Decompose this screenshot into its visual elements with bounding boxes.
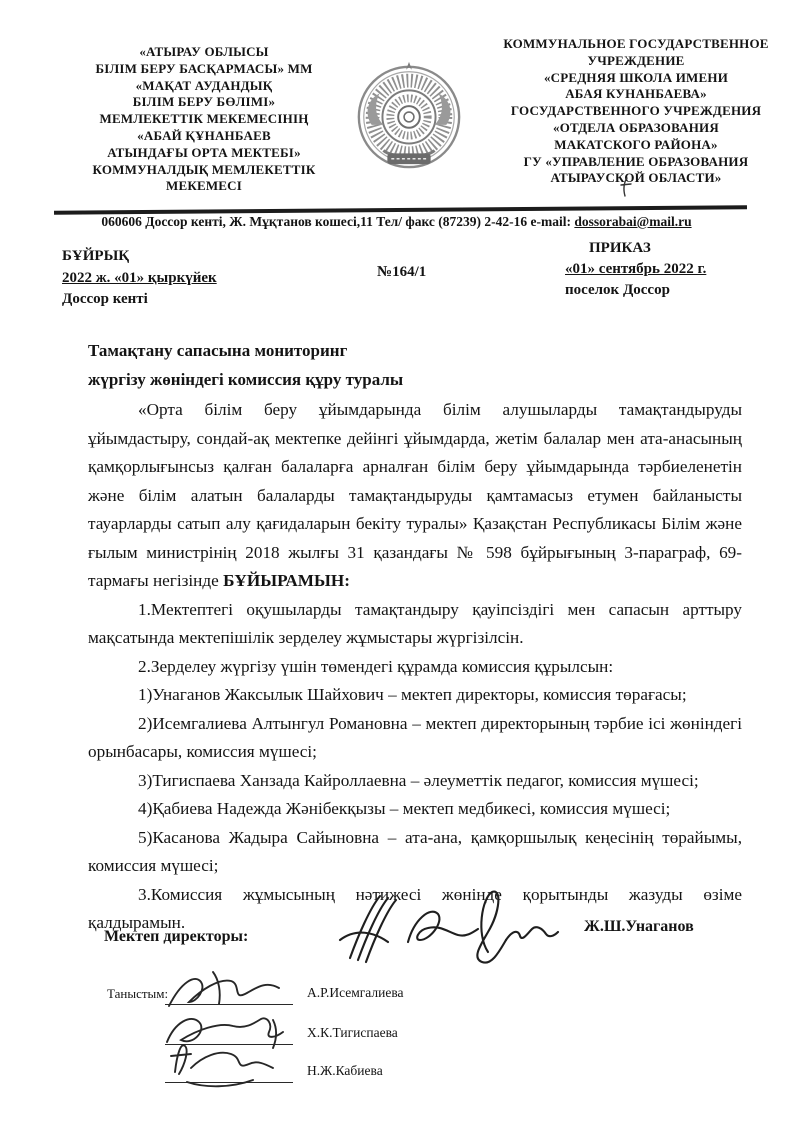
letterhead-line: «АТЫРАУ ОБЛЫСЫ [58, 44, 350, 61]
letterhead-line: «АБАЙ ҚҰНАНБАЕВ [58, 128, 350, 145]
order-date-kk: 2022 ж. «01» қыркүйек [62, 268, 217, 290]
letterhead-line: БІЛІМ БЕРУ БАСҚАРМАСЫ» ММ [58, 61, 350, 78]
order-item: 1)Унаганов Жаксылык Шайхович – мектеп ди… [88, 681, 742, 710]
order-meta-kazakh: БҰЙРЫҚ 2022 ж. «01» қыркүйек Доссор кент… [62, 246, 217, 311]
address-text: 060606 Доссор кенті, Ж. Мұқтанов кошесі,… [101, 214, 574, 229]
letterhead-line: МАКАТСКОГО РАЙОНА» [468, 137, 793, 154]
director-name: Ж.Ш.Унаганов [584, 918, 694, 936]
director-signature [330, 878, 560, 970]
pen-mark-icon [619, 176, 633, 198]
order-date-ru: «01» сентябрь 2022 г. [565, 259, 757, 280]
member-signature [161, 1038, 291, 1090]
document-title-line: жүргізу жөніндегі комиссия құру туралы [88, 365, 403, 394]
order-item: 5)Касанова Жадыра Сайыновна – ата-ана, қ… [88, 824, 742, 881]
emblem-container [350, 34, 468, 195]
member-name: Х.К.Тигиспаева [307, 1025, 398, 1045]
member-name: А.Р.Исемгалиева [307, 985, 404, 1005]
intro-decree-word: БҰЙЫРАМЫН: [223, 571, 350, 590]
document-title-line: Тамақтану сапасына мониторинг [88, 336, 403, 365]
order-number: №164/1 [377, 264, 426, 281]
letterhead-line: УЧРЕЖДЕНИЕ [468, 53, 793, 70]
order-title-ru: ПРИКАЗ [565, 238, 757, 259]
acknowledgement-label: Таныстым: [107, 986, 168, 1002]
address-line: 060606 Доссор кенті, Ж. Мұқтанов кошесі,… [0, 214, 793, 230]
intro-text: «Орта білім беру ұйымдарында білім алушы… [88, 400, 742, 590]
order-document-page: «АТЫРАУ ОБЛЫСЫ БІЛІМ БЕРУ БАСҚАРМАСЫ» ММ… [0, 0, 793, 1122]
letterhead-line: ГУ «УПРАВЛЕНИЕ ОБРАЗОВАНИЯ [468, 154, 793, 171]
letterhead-line: МЕМЛЕКЕТТІК МЕКЕМЕСІНІҢ [58, 111, 350, 128]
acknowledgement-row: А.Р.Исемгалиева [165, 972, 404, 1005]
letterhead-line: АТЫНДАҒЫ ОРТА МЕКТЕБІ» [58, 145, 350, 162]
letterhead-line: БІЛІМ БЕРУ БӨЛІМІ» [58, 94, 350, 111]
letterhead: «АТЫРАУ ОБЛЫСЫ БІЛІМ БЕРУ БАСҚАРМАСЫ» ММ… [58, 34, 749, 195]
letterhead-line: «СРЕДНЯЯ ШКОЛА ИМЕНИ [468, 70, 793, 87]
signature-line [165, 972, 293, 1005]
order-item: 4)Қабиева Надежда Жәнібекқызы – мектеп м… [88, 795, 742, 824]
director-label: Мектеп директоры: [104, 928, 248, 946]
kazakhstan-emblem-icon [350, 56, 468, 174]
order-item: 2.Зерделеу жүргізу үшін төмендегі құрамд… [88, 653, 742, 682]
order-body: «Орта білім беру ұйымдарында білім алушы… [88, 396, 742, 938]
order-title-kk: БҰЙРЫҚ [62, 246, 217, 268]
member-name: Н.Ж.Кабиева [307, 1063, 383, 1083]
order-place-ru: поселок Доссор [565, 280, 757, 301]
letterhead-line: МЕКЕМЕСІ [58, 178, 350, 195]
order-meta-block: БҰЙРЫҚ 2022 ж. «01» қыркүйек Доссор кент… [62, 238, 757, 308]
letterhead-line: «ОТДЕЛА ОБРАЗОВАНИЯ [468, 120, 793, 137]
letterhead-russian-block: КОММУНАЛЬНОЕ ГОСУДАРСТВЕННОЕ УЧРЕЖДЕНИЕ … [468, 34, 793, 195]
member-signature [161, 968, 291, 1012]
letterhead-line: КОММУНАЛЬНОЕ ГОСУДАРСТВЕННОЕ [468, 36, 793, 53]
signature-line [165, 1050, 293, 1083]
order-item: 2)Исемгалиева Алтынгул Романовна – мекте… [88, 710, 742, 767]
order-meta-russian: ПРИКАЗ «01» сентябрь 2022 г. поселок Дос… [565, 238, 757, 301]
intro-paragraph: «Орта білім беру ұйымдарында білім алушы… [88, 396, 742, 596]
letterhead-line: АБАЯ КУНАНБАЕВА» [468, 86, 793, 103]
letterhead-kazakh-block: «АТЫРАУ ОБЛЫСЫ БІЛІМ БЕРУ БАСҚАРМАСЫ» ММ… [58, 34, 350, 195]
acknowledgement-row: Н.Ж.Кабиева [165, 1050, 383, 1083]
document-title: Тамақтану сапасына мониторинг жүргізу жө… [88, 336, 403, 394]
letterhead-line: КОММУНАЛДЫҚ МЕМЛЕКЕТТІК [58, 162, 350, 179]
order-place-kk: Доссор кенті [62, 289, 217, 311]
email-link[interactable]: dossorabai@mail.ru [574, 214, 691, 229]
order-item: 3)Тигиспаева Ханзада Кайроллаевна – әлеу… [88, 767, 742, 796]
order-item: 1.Мектептегі оқушыларды тамақтандыру қау… [88, 596, 742, 653]
acknowledgement-block: Таныстым: А.Р.Исемгалиева Х.К.Тигиспаева [0, 972, 793, 1102]
letterhead-line: «МАҚАТ АУДАНДЫҚ [58, 78, 350, 95]
letterhead-line: ГОСУДАРСТВЕННОГО УЧРЕЖДЕНИЯ [468, 103, 793, 120]
